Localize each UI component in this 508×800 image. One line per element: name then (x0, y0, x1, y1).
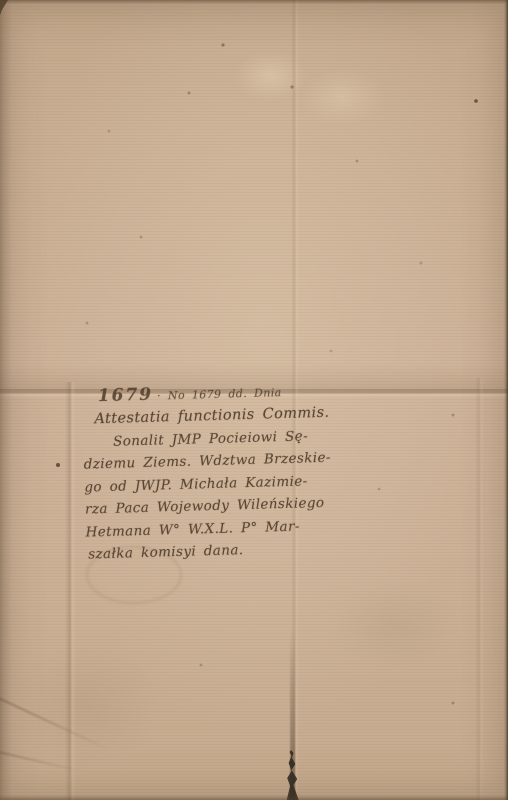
manuscript-page: 1679· No 1679 dd. Dnia Attestatia functi… (0, 0, 508, 800)
scan-vignette (0, 0, 508, 800)
